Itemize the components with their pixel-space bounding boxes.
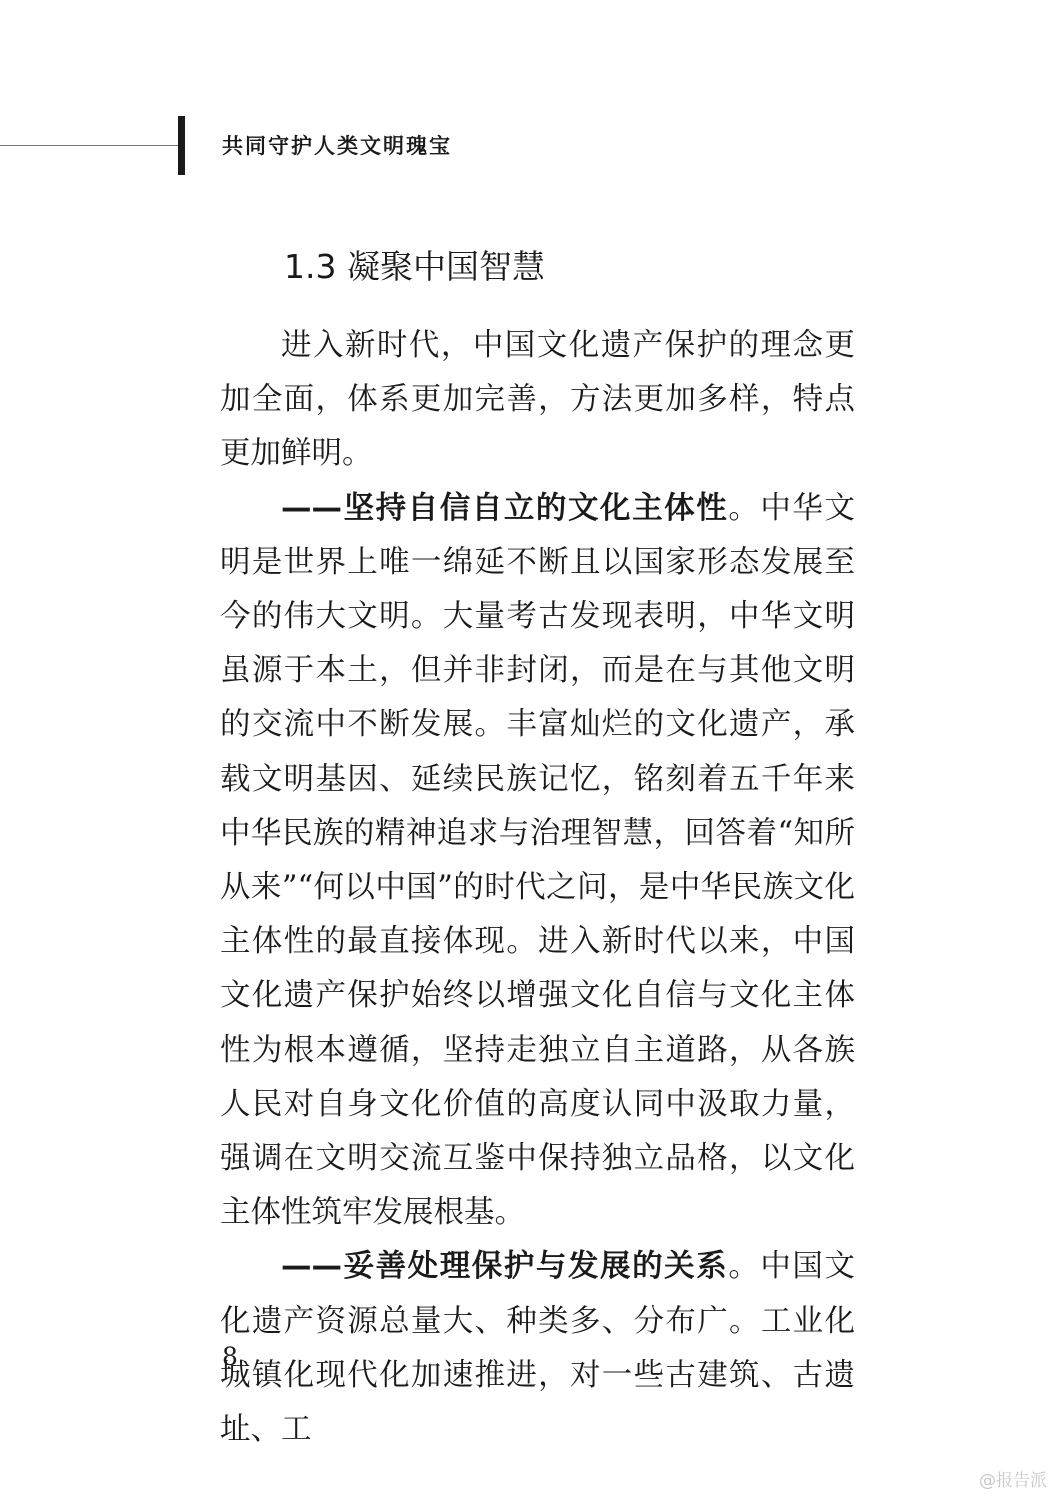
- header-rule: [0, 145, 180, 146]
- paragraph-cultural-subjectivity: ——坚持自信自立的文化主体性。中华文明是世界上唯一绵延不断且以国家形态发展至今的…: [220, 482, 855, 1241]
- paragraph-lead-heading: ——妥善处理保护与发展的关系: [281, 1249, 728, 1284]
- paragraph-text: 。中华文明是世界上唯一绵延不断且以国家形态发展至今的伟大文明。大量考古发现表明，…: [220, 491, 855, 1231]
- paragraph-lead-heading: ——坚持自信自立的文化主体性: [281, 491, 728, 526]
- section-title: 1.3 凝聚中国智慧: [284, 241, 545, 288]
- paragraph-protection-development: ——妥善处理保护与发展的关系。中国文化遗产资源总量大、种类多、分布广。工业化城镇…: [220, 1240, 855, 1457]
- watermark: @报告派: [979, 1466, 1047, 1491]
- header-bar: [178, 116, 185, 175]
- paragraph-text: 进入新时代，中国文化遗产保护的理念更加全面，体系更加完善，方法更加多样，特点更加…: [220, 328, 855, 471]
- running-head-title: 共同守护人类文明瑰宝: [222, 130, 452, 160]
- body-text: 进入新时代，中国文化遗产保护的理念更加全面，体系更加完善，方法更加多样，特点更加…: [220, 319, 855, 1457]
- page-number: 8: [222, 1342, 238, 1371]
- paragraph-intro: 进入新时代，中国文化遗产保护的理念更加全面，体系更加完善，方法更加多样，特点更加…: [220, 319, 855, 482]
